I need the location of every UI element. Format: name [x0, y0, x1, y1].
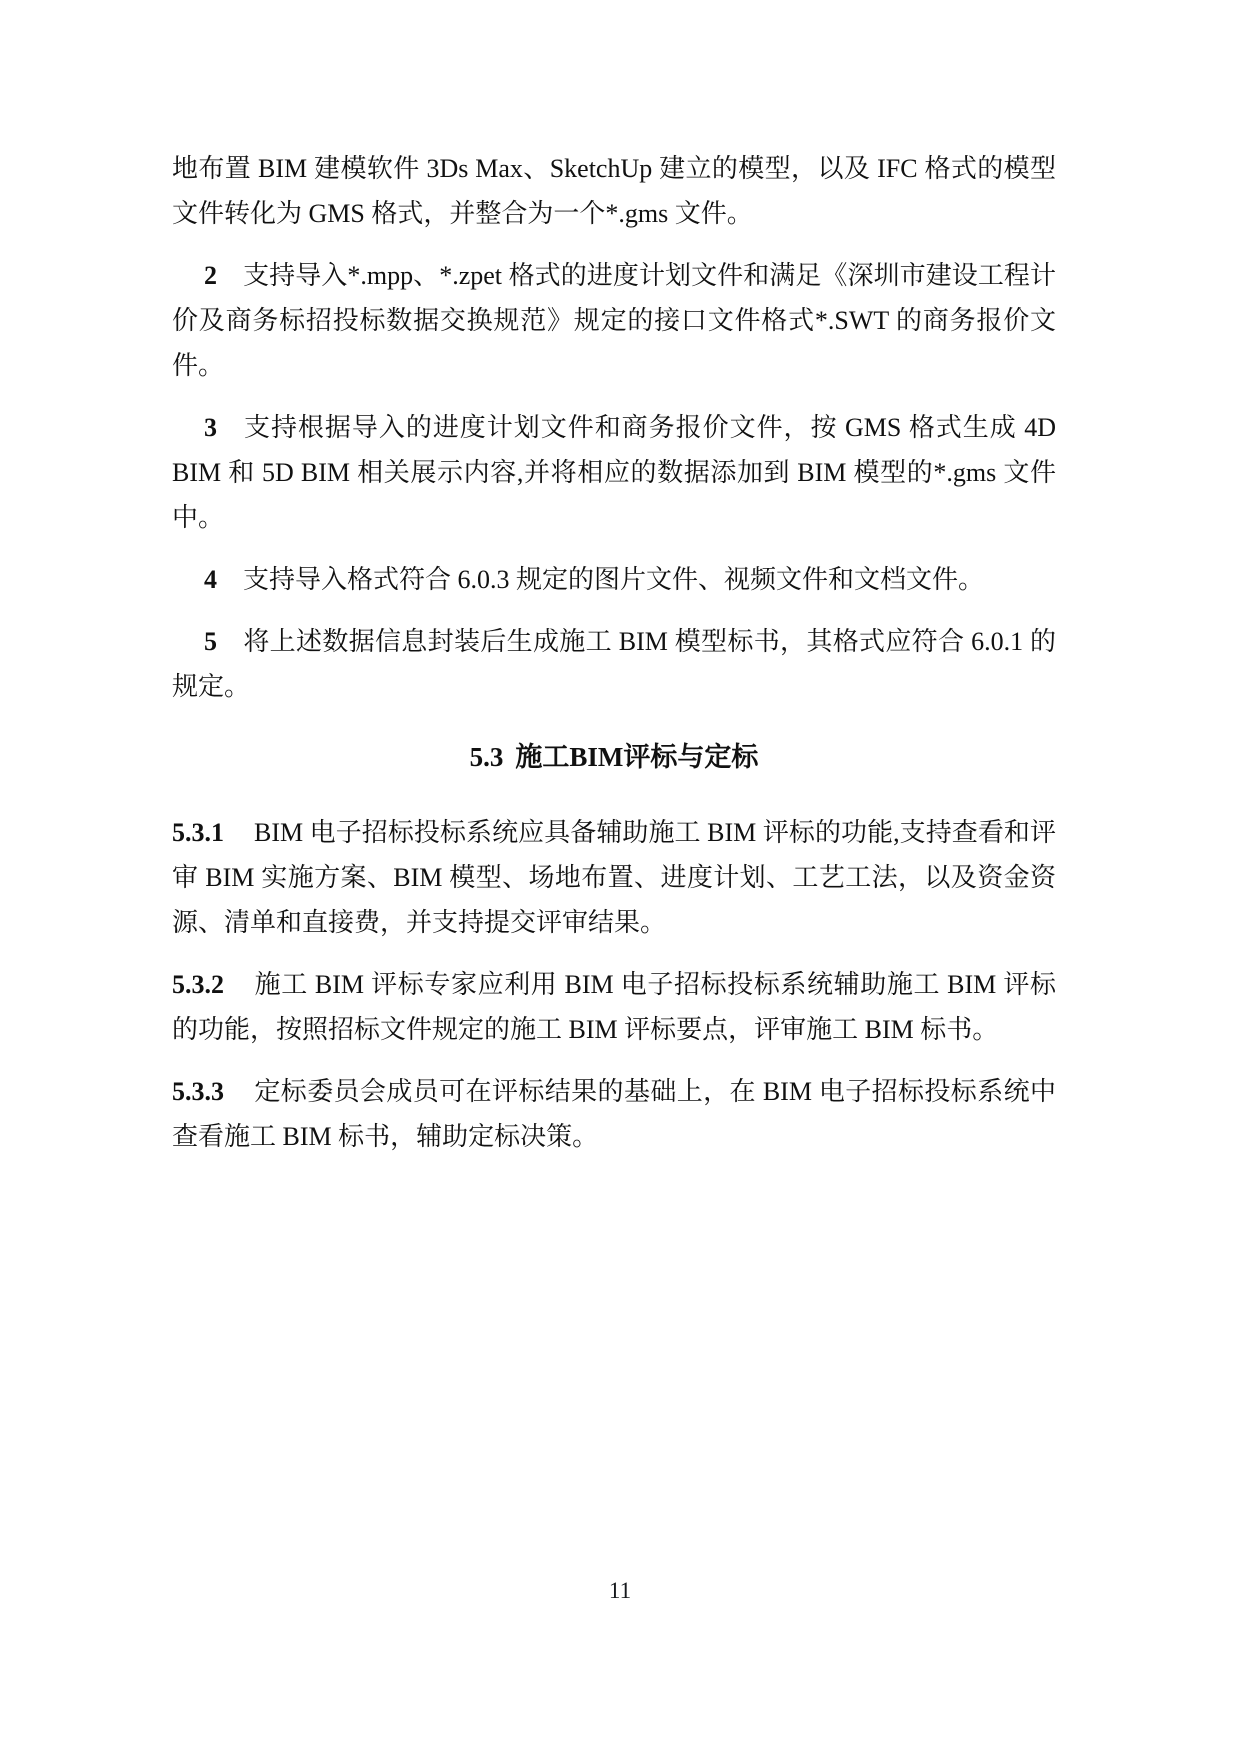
section-heading-number: 5.3 [470, 742, 504, 772]
document-page: 地布置 BIM 建模软件 3Ds Max、SketchUp 建立的模型，以及 I… [0, 0, 1240, 1754]
clause-number: 5.3.1 [172, 818, 224, 847]
numbered-item-2: 2支持导入*.mpp、*.zpet 格式的进度计划文件和满足《深圳市建设工程计价… [172, 253, 1056, 388]
page-content: 地布置 BIM 建模软件 3Ds Max、SketchUp 建立的模型，以及 I… [172, 146, 1056, 1176]
item-text: 支持导入*.mpp、*.zpet 格式的进度计划文件和满足《深圳市建设工程计价及… [172, 261, 1056, 380]
clause-text: 定标委员会成员可在评标结果的基础上，在 BIM 电子招标投标系统中查看施工 BI… [172, 1077, 1056, 1151]
item-text: 支持根据导入的进度计划文件和商务报价文件，按 GMS 格式生成 4D BIM 和… [172, 413, 1056, 532]
numbered-item-3: 3支持根据导入的进度计划文件和商务报价文件，按 GMS 格式生成 4D BIM … [172, 405, 1056, 540]
clause-5-3-2: 5.3.2施工 BIM 评标专家应利用 BIM 电子招标投标系统辅助施工 BIM… [172, 962, 1056, 1052]
item-number: 5 [204, 627, 217, 656]
item-text: 将上述数据信息封装后生成施工 BIM 模型标书，其格式应符合 6.0.1 的规定… [172, 627, 1056, 701]
clause-text: BIM 电子招标投标系统应具备辅助施工 BIM 评标的功能,支持查看和评审 BI… [172, 818, 1056, 937]
section-heading-title: 施工BIM评标与定标 [515, 742, 758, 772]
page-number: 11 [0, 1576, 1240, 1606]
item-number: 2 [204, 261, 217, 290]
clause-text: 施工 BIM 评标专家应利用 BIM 电子招标投标系统辅助施工 BIM 评标的功… [172, 970, 1056, 1044]
item-number: 3 [204, 413, 217, 442]
item-text: 支持导入格式符合 6.0.3 规定的图片文件、视频文件和文档文件。 [243, 565, 984, 594]
clause-number: 5.3.2 [172, 970, 224, 999]
clause-5-3-3: 5.3.3定标委员会成员可在评标结果的基础上，在 BIM 电子招标投标系统中查看… [172, 1069, 1056, 1159]
clause-number: 5.3.3 [172, 1077, 224, 1106]
section-heading: 5.3施工BIM评标与定标 [172, 735, 1056, 780]
numbered-item-4: 4支持导入格式符合 6.0.3 规定的图片文件、视频文件和文档文件。 [172, 557, 1056, 602]
item-number: 4 [204, 565, 217, 594]
numbered-item-5: 5将上述数据信息封装后生成施工 BIM 模型标书，其格式应符合 6.0.1 的规… [172, 619, 1056, 709]
paragraph-continuation: 地布置 BIM 建模软件 3Ds Max、SketchUp 建立的模型，以及 I… [172, 146, 1056, 236]
clause-5-3-1: 5.3.1BIM 电子招标投标系统应具备辅助施工 BIM 评标的功能,支持查看和… [172, 810, 1056, 945]
